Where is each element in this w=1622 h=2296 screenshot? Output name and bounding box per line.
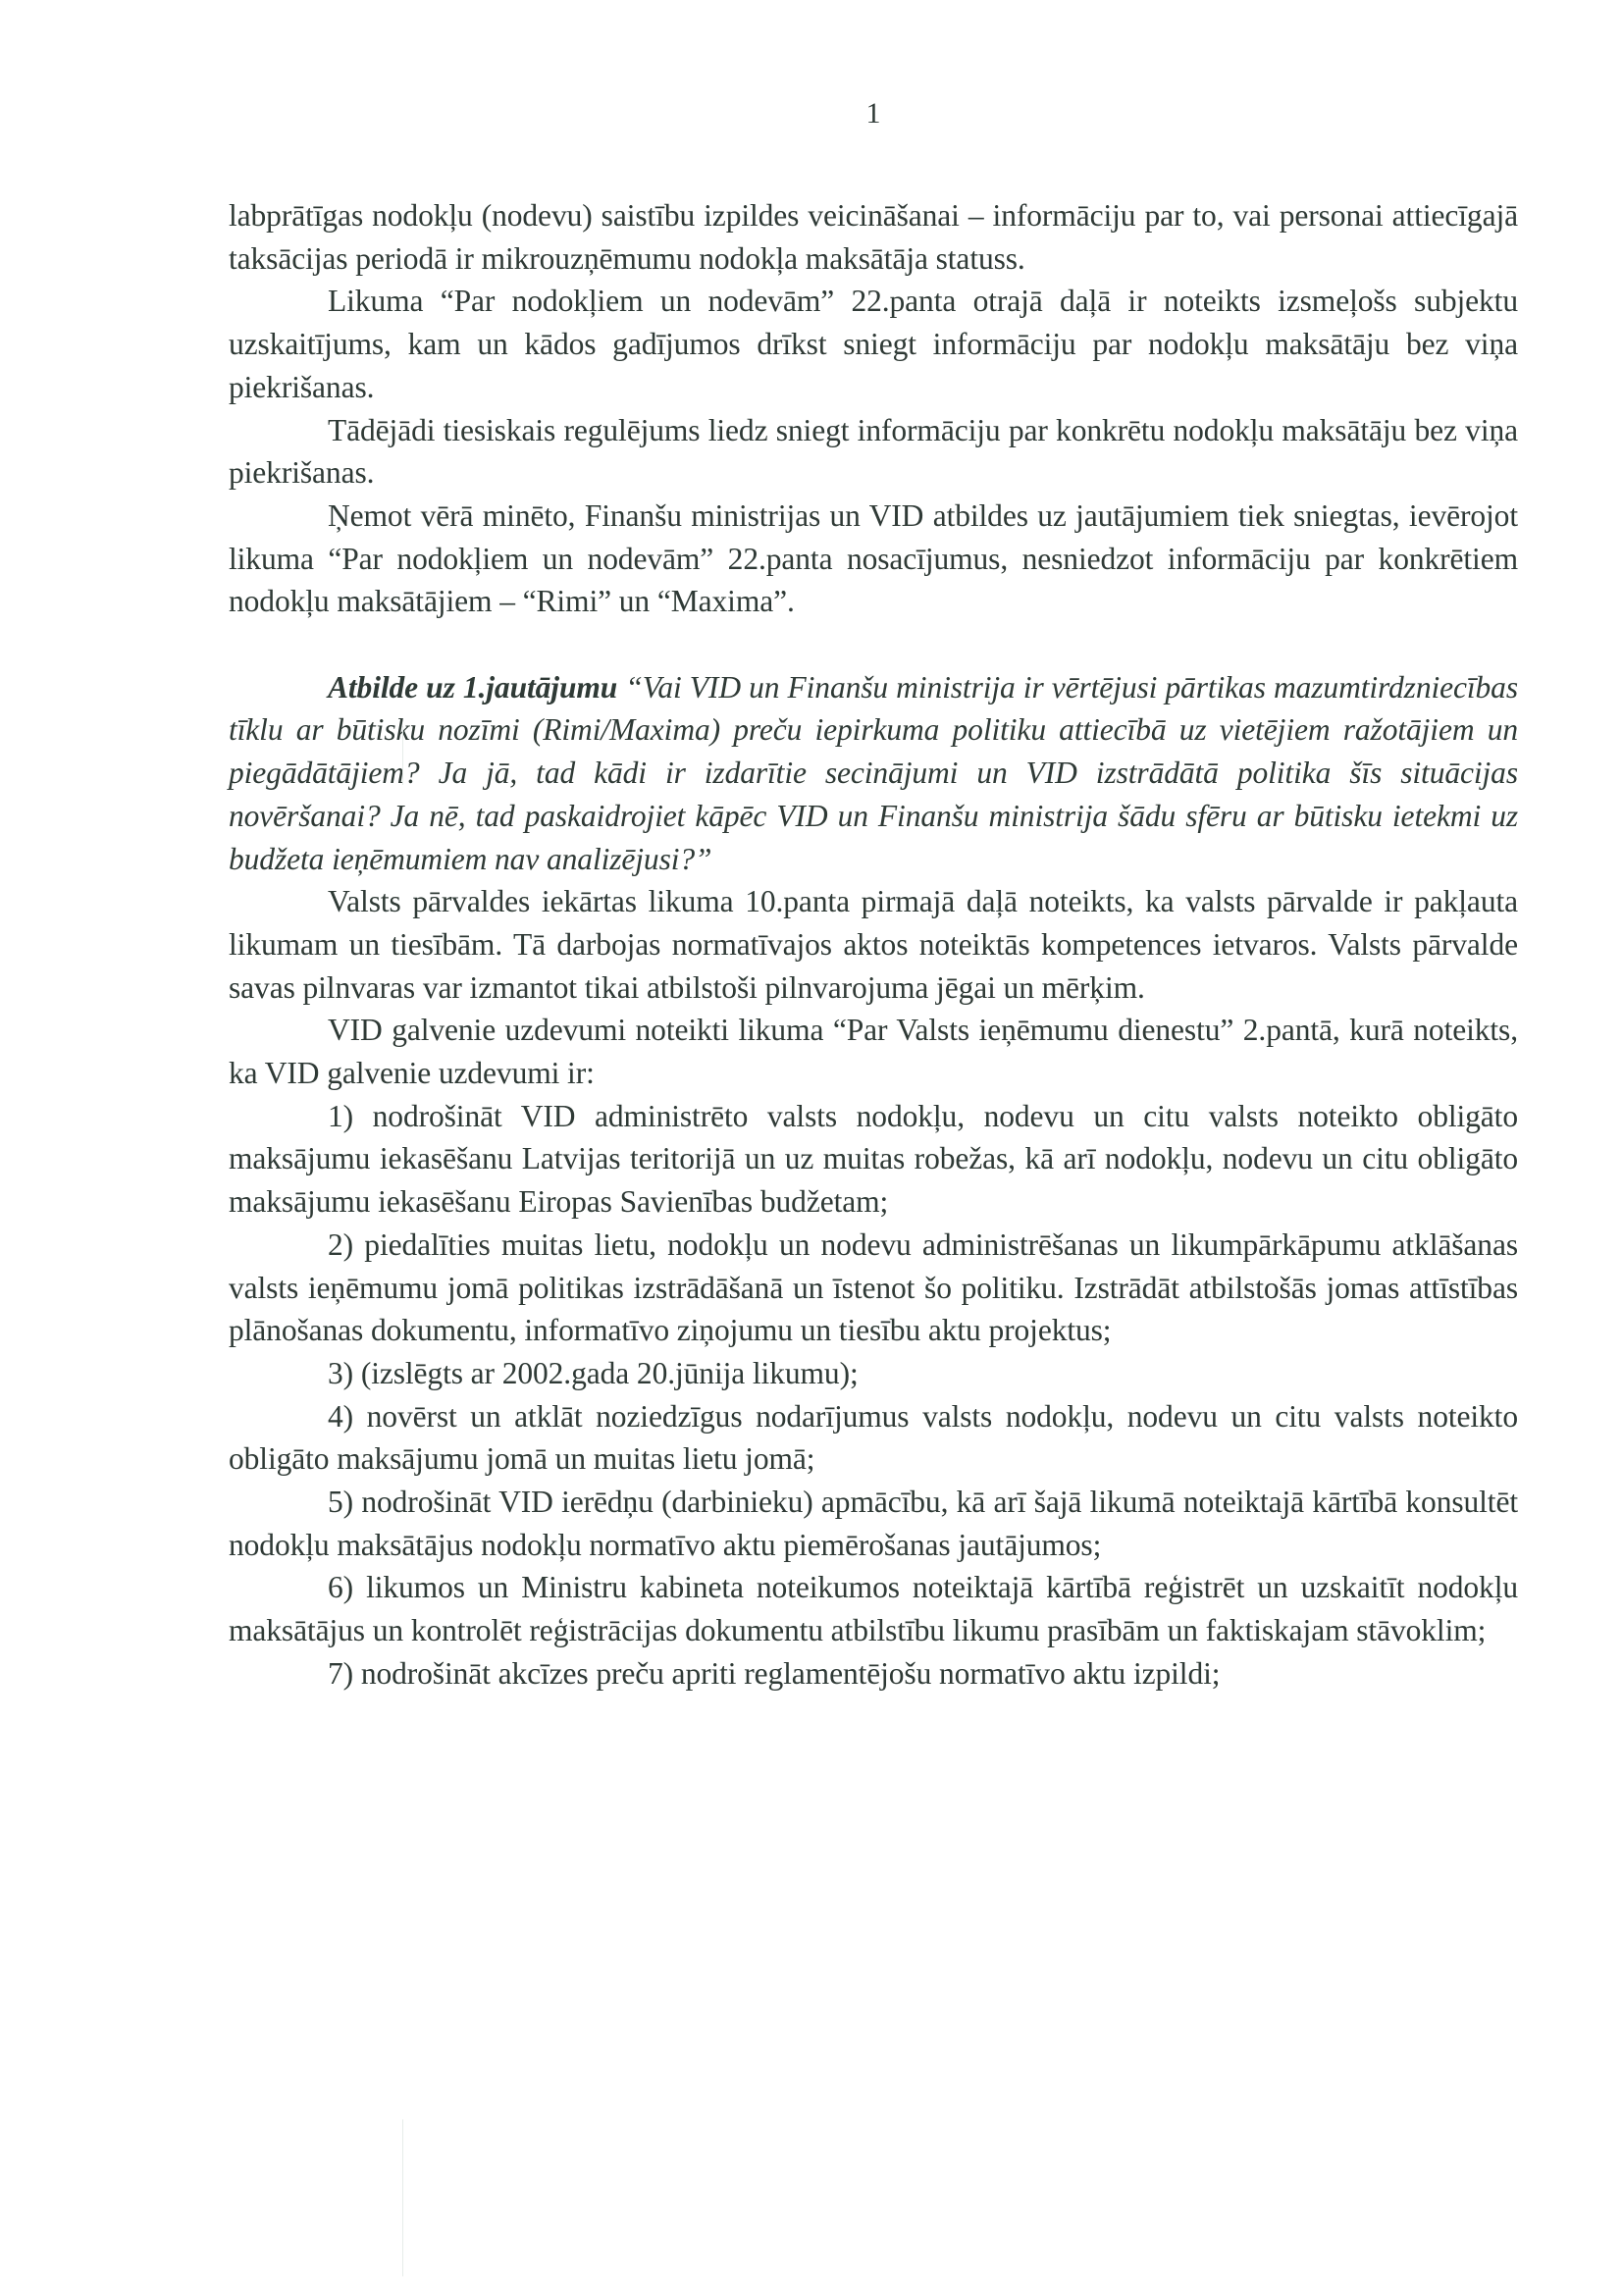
page-number: 1: [0, 94, 1622, 133]
list-item-4: 4) novērst un atklāt noziedzīgus nodarīj…: [229, 1395, 1518, 1481]
list-item-5: 5) nodrošināt VID ierēdņu (darbinieku) a…: [229, 1481, 1518, 1566]
paragraph-6: Valsts pārvaldes iekārtas likuma 10.pant…: [229, 880, 1518, 1009]
paragraph-7: VID galvenie uzdevumi noteikti likuma “P…: [229, 1009, 1518, 1094]
list-item-6: 6) likumos un Ministru kabineta noteikum…: [229, 1566, 1518, 1651]
list-item-2: 2) piedalīties muitas lietu, nodokļu un …: [229, 1224, 1518, 1352]
list-item-3: 3) (izslēgts ar 2002.gada 20.jūnija liku…: [229, 1352, 1518, 1395]
paragraph-4: Ņemot vērā minēto, Finanšu ministrijas u…: [229, 495, 1518, 623]
paragraph-1: labprātīgas nodokļu (nodevu) saistību iz…: [229, 194, 1518, 280]
paragraph-spacer: [229, 623, 1518, 666]
document-page: 1 labprātīgas nodokļu (nodevu) saistību …: [0, 0, 1622, 2296]
paragraph-2: Likuma “Par nodokļiem un nodevām” 22.pan…: [229, 280, 1518, 408]
document-body: labprātīgas nodokļu (nodevu) saistību iz…: [229, 194, 1518, 1696]
list-item-7: 7) nodrošināt akcīzes preču apriti regla…: [229, 1652, 1518, 1696]
scan-artifact-line: [402, 726, 403, 785]
answer-heading: Atbilde uz 1.jautājumu: [328, 670, 617, 704]
answer-paragraph: Atbilde uz 1.jautājumu “Vai VID un Finan…: [229, 666, 1518, 881]
paragraph-3: Tādējādi tiesiskais regulējums liedz sni…: [229, 409, 1518, 495]
list-item-1: 1) nodrošināt VID administrēto valsts no…: [229, 1095, 1518, 1224]
scan-artifact-line: [402, 2119, 403, 2276]
